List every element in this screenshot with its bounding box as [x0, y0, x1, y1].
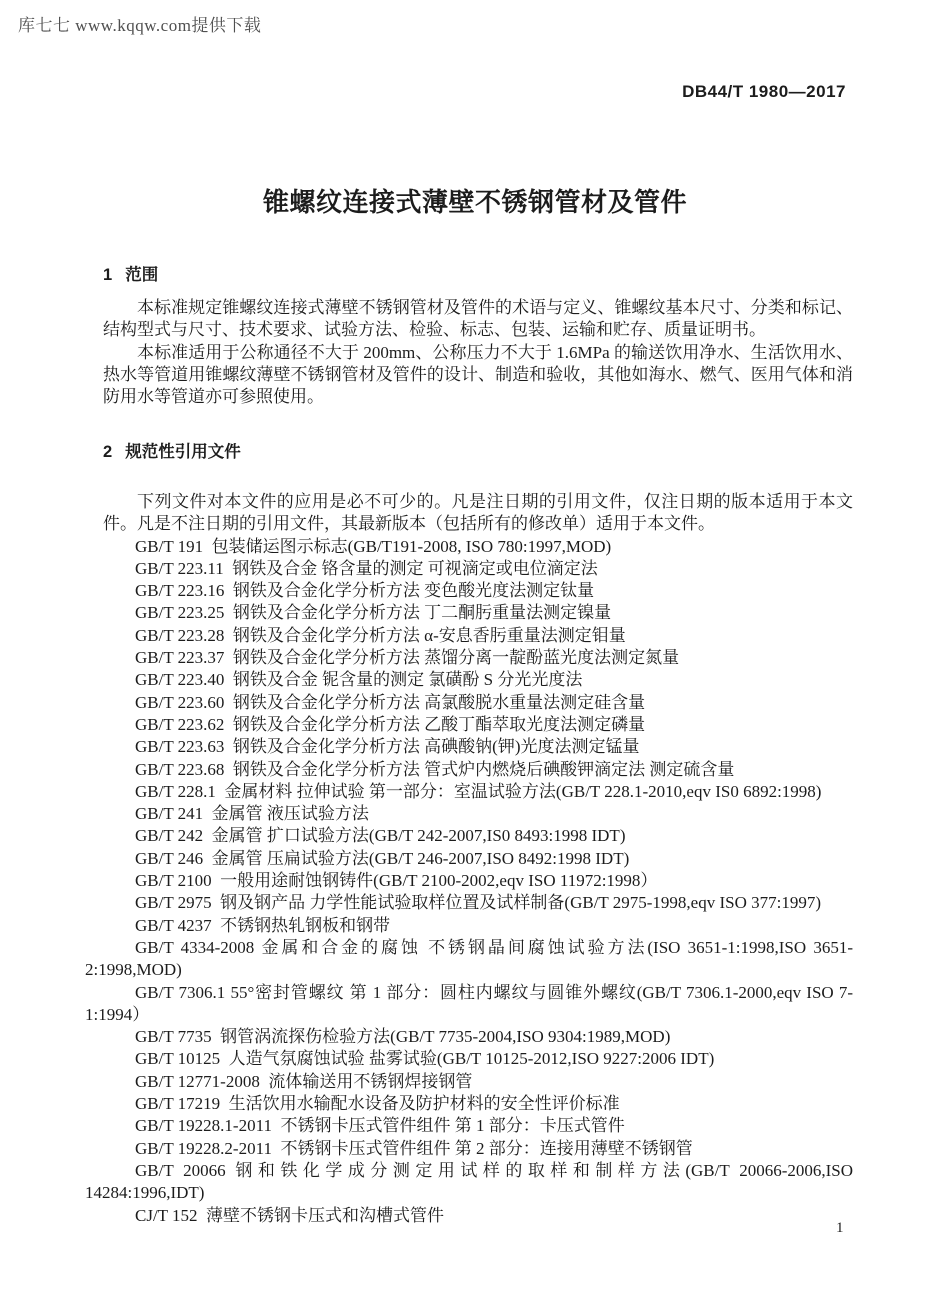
reference-line: GB/T 4237 不锈钢热轧钢板和钢带	[85, 915, 853, 937]
paragraph-line: 本标准规定锥螺纹连接式薄壁不锈钢管材及管件的术语与定义、锥螺纹基本尺寸、分类和标…	[85, 297, 853, 319]
reference-line: GB/T 10125 人造气氛腐蚀试验 盐雾试验(GB/T 10125-2012…	[85, 1048, 853, 1070]
reference-line: GB/T 223.11 钢铁及合金 铬含量的测定 可视滴定或电位滴定法	[85, 558, 853, 580]
reference-line: GB/T 4334-2008 金属和合金的腐蚀 不锈钢晶间腐蚀试验方法(ISO …	[85, 937, 853, 959]
section-2-title: 规范性引用文件	[125, 441, 241, 463]
reference-line: GB/T 228.1 金属材料 拉伸试验 第一部分：室温试验方法(GB/T 22…	[85, 781, 853, 803]
paragraph-line: 件。凡是不注日期的引用文件，其最新版本（包括所有的修改单）适用于本文件。	[85, 513, 853, 535]
normative-references: 下列文件对本文件的应用是必不可少的。凡是注日期的引用文件，仅注日期的版本适用于本…	[85, 491, 853, 1227]
scope-paragraphs: 本标准规定锥螺纹连接式薄壁不锈钢管材及管件的术语与定义、锥螺纹基本尺寸、分类和标…	[85, 297, 853, 408]
section-1-heading: 1范围	[103, 264, 158, 286]
reference-line: GB/T 12771-2008 流体输送用不锈钢焊接钢管	[85, 1071, 853, 1093]
reference-line: GB/T 191 包装储运图示标志(GB/T191-2008, ISO 780:…	[85, 536, 853, 558]
section-1-number: 1	[103, 264, 112, 286]
reference-line: GB/T 246 金属管 压扁试验方法(GB/T 246-2007,ISO 84…	[85, 848, 853, 870]
watermark-text: 库七七 www.kqqw.com提供下载	[18, 11, 261, 36]
paragraph-line: 热水等管道用锥螺纹薄壁不锈钢管材及管件的设计、制造和验收，其他如海水、燃气、医用…	[85, 364, 853, 386]
reference-line: GB/T 223.68 钢铁及合金化学分析方法 管式炉内燃烧后碘酸钾滴定法 测定…	[85, 759, 853, 781]
paragraph-line: 防用水等管道亦可参照使用。	[85, 386, 853, 408]
reference-line: GB/T 223.63 钢铁及合金化学分析方法 高碘酸钠(钾)光度法测定锰量	[85, 736, 853, 758]
reference-line: GB/T 19228.1-2011 不锈钢卡压式管件组件 第 1 部分：卡压式管…	[85, 1115, 853, 1137]
reference-line: GB/T 223.37 钢铁及合金化学分析方法 蒸馏分离一靛酚蓝光度法测定氮量	[85, 647, 853, 669]
reference-line: GB/T 2975 钢及钢产品 力学性能试验取样位置及试样制备(GB/T 297…	[85, 892, 853, 914]
reference-line: GB/T 223.25 钢铁及合金化学分析方法 丁二酮肟重量法测定镍量	[85, 602, 853, 624]
standard-number: DB44/T 1980—2017	[0, 82, 846, 102]
reference-line: GB/T 17219 生活饮用水输配水设备及防护材料的安全性评价标准	[85, 1093, 853, 1115]
paragraph-line: 本标准适用于公称通径不大于 200mm、公称压力不大于 1.6MPa 的输送饮用…	[85, 342, 853, 364]
reference-continuation-line: 2:1998,MOD)	[85, 959, 853, 981]
reference-line: GB/T 242 金属管 扩口试验方法(GB/T 242-2007,IS0 84…	[85, 825, 853, 847]
section-1-title: 范围	[125, 264, 158, 286]
page-number: 1	[836, 1220, 844, 1237]
reference-line: GB/T 223.40 钢铁及合金 铌含量的测定 氯磺酚 S 分光光度法	[85, 669, 853, 691]
reference-line: GB/T 7735 钢管涡流探伤检验方法(GB/T 7735-2004,ISO …	[85, 1026, 853, 1048]
section-2-heading: 2规范性引用文件	[103, 441, 241, 463]
reference-line: GB/T 7306.1 55°密封管螺纹 第 1 部分：圆柱内螺纹与圆锥外螺纹(…	[85, 982, 853, 1004]
reference-line: CJ/T 152 薄壁不锈钢卡压式和沟槽式管件	[85, 1205, 853, 1227]
paragraph-line: 结构型式与尺寸、技术要求、试验方法、检验、标志、包装、运输和贮存、质量证明书。	[85, 319, 853, 341]
reference-line: GB/T 20066 钢和铁化学成分测定用试样的取样和制样方法(GB/T 200…	[85, 1160, 853, 1182]
section-2-number: 2	[103, 441, 112, 463]
reference-line: GB/T 223.16 钢铁及合金化学分析方法 变色酸光度法测定钛量	[85, 580, 853, 602]
reference-continuation-line: 1:1994）	[85, 1004, 853, 1026]
reference-line: GB/T 19228.2-2011 不锈钢卡压式管件组件 第 2 部分：连接用薄…	[85, 1138, 853, 1160]
document-title: 锥螺纹连接式薄壁不锈钢管材及管件	[0, 182, 950, 219]
document-page: 库七七 www.kqqw.com提供下载 DB44/T 1980—2017 锥螺…	[0, 0, 950, 1313]
reference-line: GB/T 223.62 钢铁及合金化学分析方法 乙酸丁酯萃取光度法测定磷量	[85, 714, 853, 736]
reference-line: GB/T 241 金属管 液压试验方法	[85, 803, 853, 825]
reference-line: GB/T 223.28 钢铁及合金化学分析方法 α-安息香肟重量法测定钼量	[85, 625, 853, 647]
paragraph-line: 下列文件对本文件的应用是必不可少的。凡是注日期的引用文件，仅注日期的版本适用于本…	[85, 491, 853, 513]
reference-line: GB/T 223.60 钢铁及合金化学分析方法 高氯酸脱水重量法测定硅含量	[85, 692, 853, 714]
reference-line: GB/T 2100 一般用途耐蚀钢铸件(GB/T 2100-2002,eqv I…	[85, 870, 853, 892]
reference-continuation-line: 14284:1996,IDT)	[85, 1182, 853, 1204]
